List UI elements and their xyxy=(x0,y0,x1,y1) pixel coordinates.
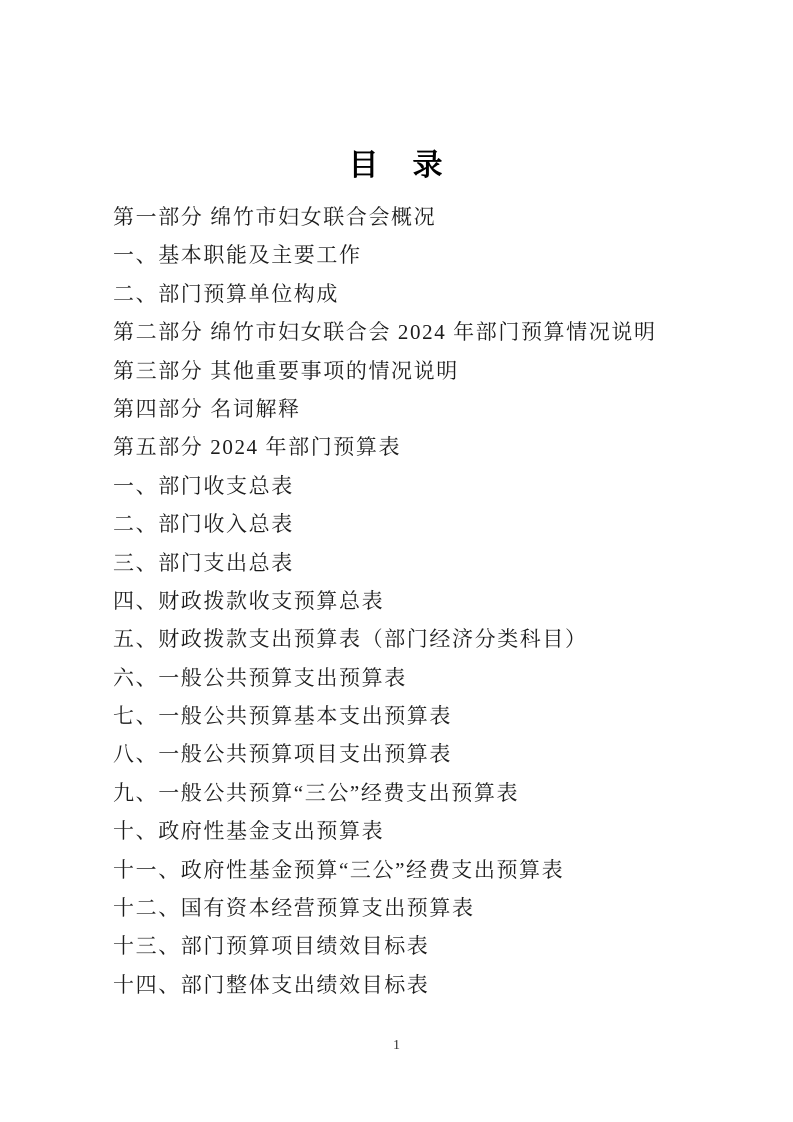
toc-entry: 二、部门收入总表 xyxy=(113,505,713,543)
toc-entry: 第四部分 名词解释 xyxy=(113,390,713,428)
toc-entry: 第三部分 其他重要事项的情况说明 xyxy=(113,352,713,390)
toc-entry: 四、财政拨款收支预算总表 xyxy=(113,582,713,620)
toc-list: 第一部分 绵竹市妇女联合会概况一、基本职能及主要工作二、部门预算单位构成第二部分… xyxy=(113,198,713,1004)
toc-entry: 第一部分 绵竹市妇女联合会概况 xyxy=(113,198,713,236)
document-page: 目 录 第一部分 绵竹市妇女联合会概况一、基本职能及主要工作二、部门预算单位构成… xyxy=(0,0,793,1122)
toc-entry: 十、政府性基金支出预算表 xyxy=(113,812,713,850)
toc-entry: 八、一般公共预算项目支出预算表 xyxy=(113,735,713,773)
toc-entry: 十二、国有资本经营预算支出预算表 xyxy=(113,889,713,927)
toc-entry: 三、部门支出总表 xyxy=(113,544,713,582)
toc-entry: 十一、政府性基金预算“三公”经费支出预算表 xyxy=(113,851,713,889)
toc-entry: 第二部分 绵竹市妇女联合会 2024 年部门预算情况说明 xyxy=(113,313,713,351)
toc-entry: 十四、部门整体支出绩效目标表 xyxy=(113,966,713,1004)
toc-entry: 五、财政拨款支出预算表（部门经济分类科目） xyxy=(113,620,713,658)
toc-entry: 二、部门预算单位构成 xyxy=(113,275,713,313)
toc-entry: 十三、部门预算项目绩效目标表 xyxy=(113,927,713,965)
toc-entry: 六、一般公共预算支出预算表 xyxy=(113,659,713,697)
toc-entry: 九、一般公共预算“三公”经费支出预算表 xyxy=(113,774,713,812)
toc-entry: 第五部分 2024 年部门预算表 xyxy=(113,428,713,466)
page-title: 目 录 xyxy=(0,0,793,186)
toc-entry: 一、部门收支总表 xyxy=(113,467,713,505)
page-number: 1 xyxy=(0,1038,793,1054)
toc-entry: 七、一般公共预算基本支出预算表 xyxy=(113,697,713,735)
toc-entry: 一、基本职能及主要工作 xyxy=(113,236,713,274)
